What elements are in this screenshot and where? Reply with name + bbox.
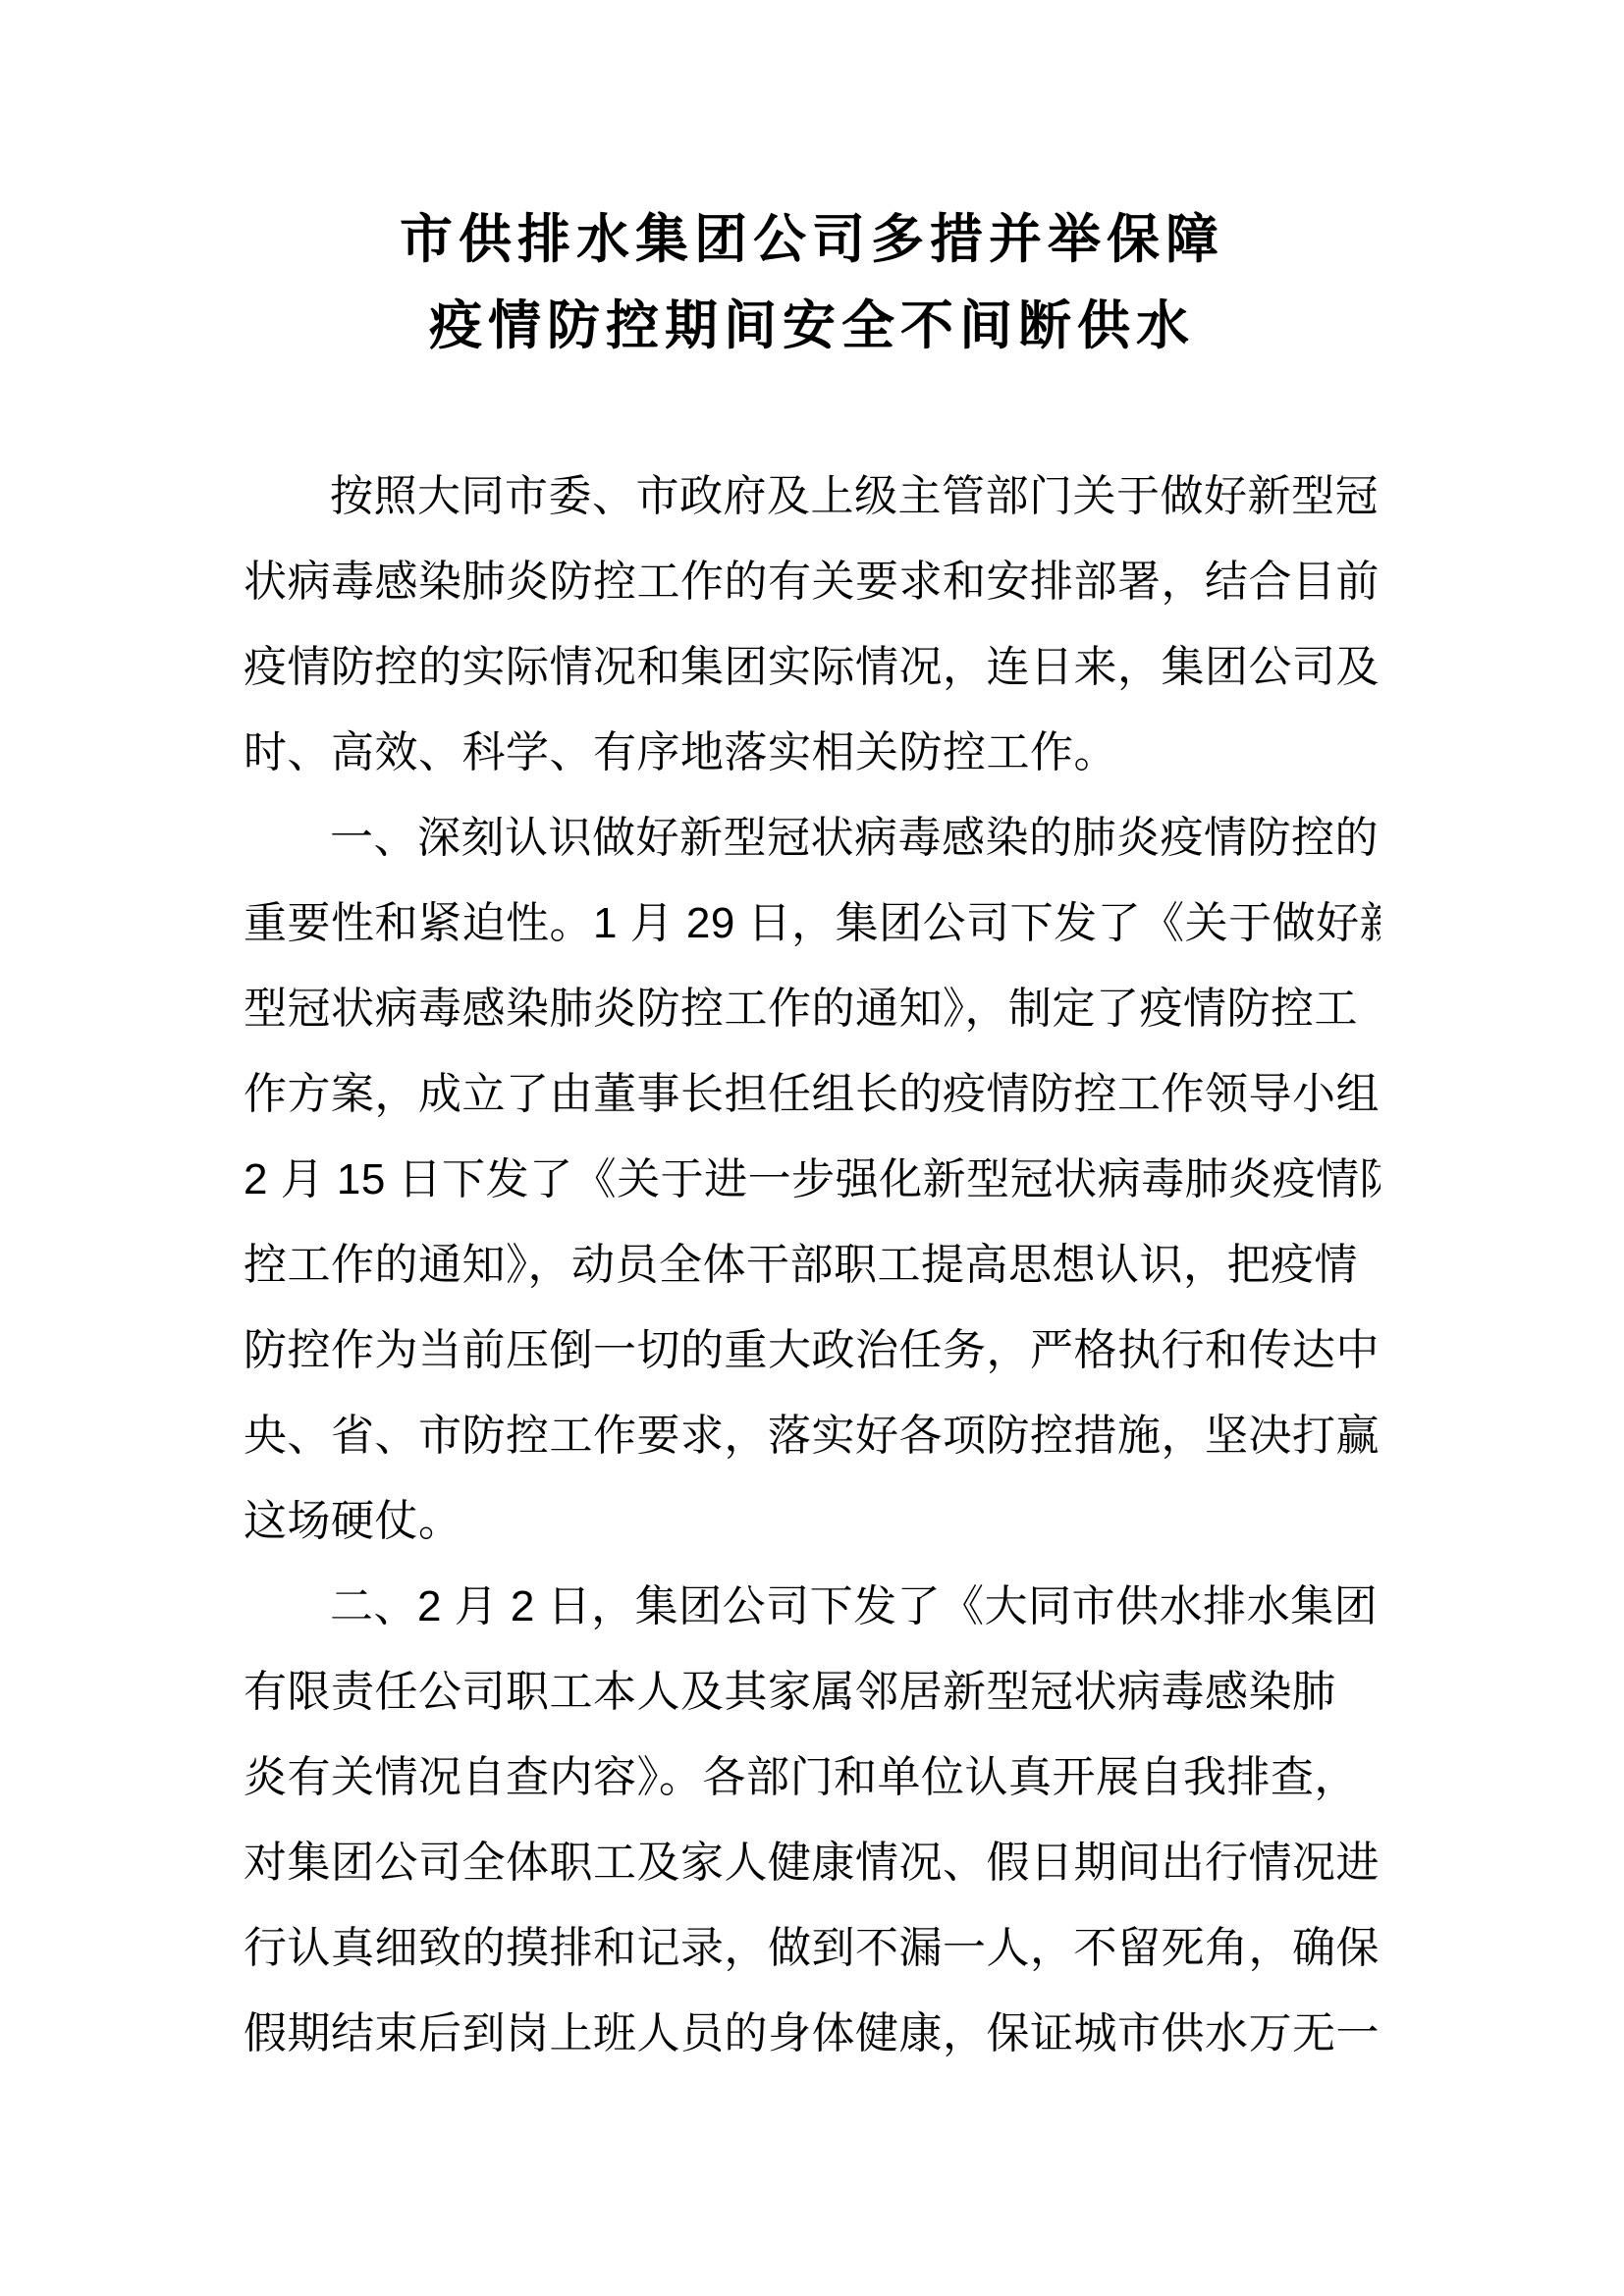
- body-line: 央、省、市防控工作要求，落实好各项防控措施，坚决打赢: [244, 1393, 1380, 1478]
- body-line: 控工作的通知》，动员全体干部职工提高思想认识，把疫情: [244, 1222, 1380, 1308]
- document-title-line-2: 疫情防控期间安全不间断供水: [0, 283, 1624, 369]
- body-line: 二、2 月 2 日，集团公司下发了《大同市供水排水集团: [244, 1564, 1380, 1649]
- body-line: 时、高效、科学、有序地落实相关防控工作。: [244, 710, 1380, 795]
- body-line: 对集团公司全体职工及家人健康情况、假日期间出行情况进: [244, 1820, 1380, 1905]
- body-line: 一、深刻认识做好新型冠状病毒感染的肺炎疫情防控的: [244, 795, 1380, 881]
- body-line: 有限责任公司职工本人及其家属邻居新型冠状病毒感染肺: [244, 1649, 1380, 1735]
- body-line: 这场硬仗。: [244, 1478, 1380, 1564]
- body-line: 2 月 15 日下发了《关于进一步强化新型冠状病毒肺炎疫情防: [244, 1137, 1380, 1222]
- body-line: 假期结束后到岗上班人员的身体健康，保证城市供水万无一: [244, 1991, 1380, 2076]
- body-line: 型冠状病毒感染肺炎防控工作的通知》，制定了疫情防控工: [244, 966, 1380, 1051]
- body-line: 行认真细致的摸排和记录，做到不漏一人，不留死角，确保: [244, 1905, 1380, 1991]
- body-line: 炎有关情况自查内容》。各部门和单位认真开展自我排查，: [244, 1735, 1380, 1820]
- body-line: 按照大同市委、市政府及上级主管部门关于做好新型冠: [244, 454, 1380, 539]
- body-line: 重要性和紧迫性。1 月 29 日，集团公司下发了《关于做好新: [244, 881, 1380, 966]
- document-title: 市供排水集团公司多措并举保障 疫情防控期间安全不间断供水: [0, 196, 1624, 369]
- document-page: 市供排水集团公司多措并举保障 疫情防控期间安全不间断供水 按照大同市委、市政府及…: [0, 0, 1624, 2296]
- body-line: 疫情防控的实际情况和集团实际情况，连日来，集团公司及: [244, 624, 1380, 710]
- document-body: 按照大同市委、市政府及上级主管部门关于做好新型冠 状病毒感染肺炎防控工作的有关要…: [244, 454, 1380, 2076]
- body-line: 状病毒感染肺炎防控工作的有关要求和安排部署，结合目前: [244, 539, 1380, 624]
- document-title-line-1: 市供排水集团公司多措并举保障: [0, 196, 1624, 283]
- body-line: 作方案，成立了由董事长担任组长的疫情防控工作领导小组。: [244, 1051, 1380, 1137]
- body-line: 防控作为当前压倒一切的重大政治任务，严格执行和传达中: [244, 1308, 1380, 1393]
